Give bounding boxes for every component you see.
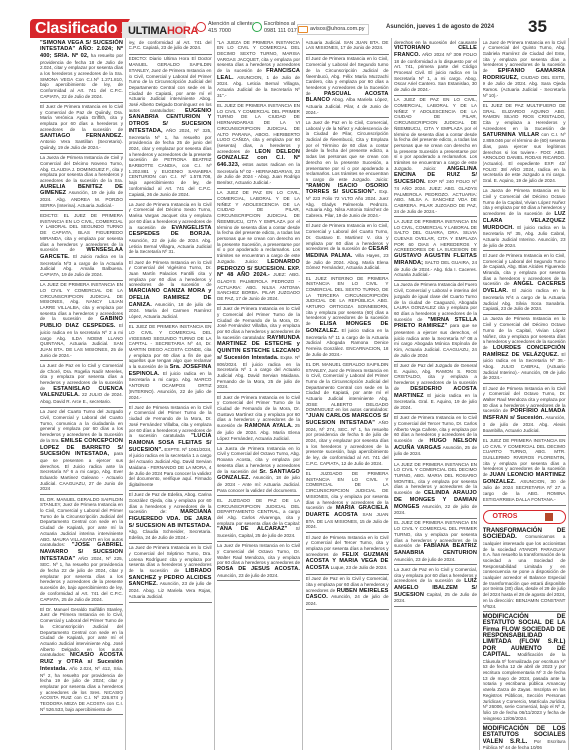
notice-text: El Dr. Manuel Geraldo Saifildin Stanley,… — [40, 607, 123, 658]
legal-notice: La Juez de Primera Instancia en lo Civil… — [129, 544, 212, 603]
legal-notice: La Juez de Primera Instancia en lo Civil… — [129, 200, 212, 258]
notice-text: EL JUEZ DE PRIMERA INSTANCIA EN LO CIVIL… — [217, 103, 300, 154]
notice-text: LA JUEZ DE PAZ EN LO CIVIL, COMERCIAL, L… — [217, 190, 300, 263]
corporate-notice: TRANSFORMACIÓN DE SOCIEDAD. Comunicamos … — [483, 527, 566, 613]
notice-text: EL JUEZ INTERINO DE PRIMERA INSTANCIA EN… — [306, 276, 389, 327]
notice-column: Actuaria Judicial. SAN JUAN BTA. DE LAS … — [306, 38, 392, 750]
section-icon — [545, 513, 553, 521]
legal-notice: derechos en la sucesión del causante VIC… — [394, 38, 477, 96]
notice-subject-name: ROSA DE JESUS ACOSTA. — [217, 566, 300, 572]
legal-notice: LA JUEZ DE PAZ EN LO CIVIL, COMERCIAL, L… — [394, 96, 477, 218]
legal-notice: "SIMONA VEGA S/ SUCESIÓN INTESTADA" AÑO:… — [40, 38, 123, 103]
legal-notice: Actuaria Judicial. SAN JUAN BTA. DE LAS … — [306, 38, 389, 55]
notice-text: AÑO 2024, Nº 325, Secretaría Nº 1, ha re… — [129, 128, 212, 197]
section-label: OTROS — [493, 513, 518, 520]
corporate-notice: MODIFICACIÓN DE LOS ESTATUTOS SOCIALES V… — [483, 724, 566, 750]
contact-email: avisos@uhora.com.py — [297, 24, 369, 35]
issue-date: Asunción, jueves 1 de agosto de 2024 — [386, 24, 494, 30]
otros-section-header: OTROS — [483, 510, 566, 524]
legal-notice: La Juez de Primera Instancia en lo Civil… — [483, 38, 566, 102]
notice-text: EL DR. MANUEL GERALDO SAIFILDIN STANLEY,… — [306, 362, 389, 413]
envelope-icon — [298, 26, 308, 33]
legal-notice: EL JUEZ DE PRIMERA INSTANCIA EN LO CIVIL… — [217, 102, 300, 189]
newspaper-logo: ULTIMAHORA — [128, 24, 198, 38]
notice-subject-name: SANTIAGO FERNANDEZ. — [40, 133, 123, 139]
notice-text: para que se presenten a ejercer sus dere… — [40, 451, 123, 491]
notice-column: "LA JUEZA DE PRIMERA INSTANCIA EN LO CIV… — [217, 38, 303, 750]
page-header: Clasificados ULTIMAHORA Atención al clie… — [0, 0, 580, 38]
legal-notice: El Juez de Paz de Edelira, Abog. Carina … — [129, 491, 212, 544]
legal-notice: EDICTO: Diario Ultima Hora El Doctor MAN… — [129, 55, 212, 200]
notice-text: AÑO 2024 Nº 309 FOLIO 18 de conformidad … — [394, 52, 477, 92]
legal-notice: ley, de conformidad al Art. 741 del C.P.… — [129, 38, 212, 55]
legal-notice: EL JUEZ INTERINO DE PRIMERA INSTANCIA EN… — [306, 274, 389, 360]
notice-text: Abg. Claudia Schneider, Secretaria. Edel… — [129, 529, 212, 540]
notice-text: Asunción, 23 de julio de 2024. — [217, 573, 279, 578]
legal-notice: La Jueza de Primera Instancia en lo Civi… — [483, 315, 566, 384]
notice-text: ha resuelto por providencia de fecha 18 … — [40, 53, 123, 99]
legal-notice: EL JUZGADO DE PAZ DE LA CIRCUNSCRIPCION … — [217, 496, 300, 541]
notice-column: La Juez de Primera Instancia en lo Civil… — [483, 38, 569, 750]
notice-subject-name: RAMONA AYALA. — [245, 423, 293, 429]
legal-notice: El Juez de Primera Instancia en lo Civil… — [306, 55, 389, 119]
legal-notice: LA JUEZ DE PRIMERA INSTANCIA EN LO CIVIL… — [40, 281, 123, 362]
legal-notice: La Jueza de Primera Instancia en lo Civi… — [217, 444, 300, 496]
legal-notice: El Juez de Paz en lo Civil y Comercial, … — [306, 575, 389, 610]
legal-notice: El Juez de Primera Instancia en lo Civil… — [306, 533, 389, 575]
legal-notice: El Juez de Primera Instancia en lo Civil… — [217, 393, 300, 444]
notice-column: "SIMONA VEGA S/ SUCESIÓN INTESTADA" AÑO:… — [40, 38, 126, 750]
legal-notice: El Juez de Primera Instancia en lo Civil… — [40, 103, 123, 154]
notice-text: ley, de conformidad al Art. 741 del C.P.… — [129, 40, 212, 51]
legal-notice: EL JUEZ DE PRIMERA INSTANCIA EN LO CIVIL… — [483, 436, 566, 505]
notice-subject-name: "JUAN CARLOS MARECOS S/ SUCESION INTESTA… — [306, 413, 389, 426]
legal-notice: El Dr. Manuel Geraldo Saifildin Stanley,… — [40, 605, 123, 715]
legal-notice: El Juez de Primera Instancia en lo Civil… — [483, 384, 566, 436]
notice-text: Asunción, 23 de julio de 2024. — [394, 557, 456, 562]
legal-notice: El Juez de Paz del Juzgado de General E.… — [394, 362, 477, 414]
notice-text: La Jueza de Primera Instancia de Civil y… — [40, 155, 123, 183]
legal-notice: LA JUEZ DE PRIMERA INSTANCIA EN LO CIVIL… — [394, 217, 477, 281]
legal-notice: EL JUEZ DE PRIMERA INSTANCIA EN LO CIVIL… — [129, 323, 212, 404]
legal-notice: EDICTO: EL JUEZ DE PRIMERA INSTANCIA EN … — [40, 211, 123, 280]
section-title: Clasificados — [30, 19, 122, 38]
notice-column: derechos en la sucesión del causante VIC… — [394, 38, 480, 750]
notice-text: El Juez de Primera Instancia en lo Civil… — [129, 260, 212, 288]
legal-notice: La Jueza de Primera Instancia de Civil y… — [40, 154, 123, 212]
notice-text: con C.I. Nº 2.859.046 por el término de … — [483, 132, 566, 184]
legal-notice: El Juez de Primera Instancia en lo Civil… — [483, 251, 566, 315]
notice-text: Comunicamos a cualquier interesado que l… — [483, 534, 566, 608]
notice-text: La Juez de Primera Instancia en lo Civil… — [217, 543, 300, 565]
phone-icon — [196, 22, 206, 32]
notice-subject-name: "ANA DE ALCARAZ" — [217, 526, 287, 532]
legal-notice: EL JUZGADO DE PRIMERA INSTANCIA EN LO CI… — [306, 470, 389, 534]
notice-text: derechos en la sucesión del causante — [394, 40, 477, 45]
legal-notice: La Juez de Paz en lo Civil, Comercial, L… — [306, 118, 389, 221]
notice-text: AÑO 2024, Nº 274, SEC. Nº 1, ha resuelto… — [306, 420, 389, 466]
notice-text: Asunción, 22 de julio de 2024. Abg. Leti… — [129, 238, 212, 254]
legal-notice: La Juez del Cuarto Turno del Juzgado Civ… — [40, 408, 123, 495]
notice-text: EL JUEZ DE PRIMERA INSTANCIA EN LO CIVIL… — [129, 324, 212, 369]
corporate-notice: MODIFICACIÓN DE ESTATUTO SOCIAL DE LA Fi… — [483, 612, 566, 724]
notice-text: EDICTO: Diario Ultima Hora El Doctor MAN… — [129, 56, 212, 112]
notice-text: EL DR. MANUEL GERALDO SAIFILDIN STANLEY,… — [40, 497, 123, 548]
notice-subject-name: SATURNINA VILLAR — [483, 132, 540, 138]
legal-notice: LA JUEZ DE PRIMERA INSTANCIA EN LO CIVIL… — [394, 460, 477, 519]
notice-text: Antonio Vera Santillan (Secretario). Qui… — [40, 139, 123, 150]
notice-text: La Juez de Paz en lo Civil, Comercial, L… — [306, 120, 389, 182]
notice-text: Año 2.024, Nº 412, Sria. Nº 2, ha resuel… — [40, 666, 123, 712]
notice-text: LA JUEZ DE PRIMERA INSTANCIA EN LO CIVIL… — [394, 219, 477, 253]
notice-text: AÑO 2024, Nº 225, SEC. Nº 1, ha resuelto… — [40, 556, 123, 602]
legal-notice: La Jueza de Primera Instancia del Fuero … — [394, 281, 477, 362]
notice-subject-name: "RAMON ISACIO OSORIO TORRES S/ SUCESION"… — [306, 183, 389, 196]
contact-phone: Atención al cliente: 415 7000 — [196, 21, 254, 35]
legal-notice: El Juez de Primera Instancia en lo Civil… — [306, 222, 389, 274]
legal-notice: El Juez de Primera Instancia en lo Civil… — [129, 258, 212, 323]
notice-text: EL JUEZ DE PAZ MULTIFUERO DE GRAL. ELIZA… — [483, 103, 566, 131]
legal-notice: El Juez de Primera Instancia en lo Civil… — [129, 403, 212, 490]
notice-text: EXPTE. Nº 1061/2024, el juicio radica en… — [129, 447, 212, 487]
legal-notice: LA JUEZ DE PAZ EN LO CIVIL, COMERCIAL, L… — [217, 189, 300, 305]
notice-columns: "SIMONA VEGA S/ SUCESIÓN INTESTADA" AÑO:… — [40, 38, 568, 750]
legal-notice: EL JUEZ DE PRIMERA INSTANCIA EN LO CIVIL… — [394, 519, 477, 565]
notice-text: Modificación de la Cláusula 5º formaliza… — [483, 652, 566, 720]
legal-notice: La Jueza de Primera Instancia en lo Civi… — [483, 187, 566, 252]
notice-text: Luque, 23 de Julio de 2024. — [331, 565, 388, 570]
legal-notice: El Juez de Primera Instancia en lo Civil… — [217, 305, 300, 393]
notice-text: LA JUEZ DE PAZ EN LO CIVIL, COMERCIAL, L… — [394, 97, 477, 170]
notice-subject-name: LOURDES CONCEPCIÓN RAMÍREZ DE VELÁZQUEZ. — [483, 345, 566, 358]
notice-text: EL JUZGADO DE PAZ DE LA CIRCUNSCRIPCION … — [217, 498, 300, 526]
legal-notice: "LA JUEZA DE PRIMERA INSTANCIA EN LO CIV… — [217, 38, 300, 102]
notice-text: Actuaria Judicial. SAN JUAN BTA. DE LAS … — [306, 40, 389, 51]
contact-whatsapp: Escribinos al 0981 111 017 — [252, 21, 297, 35]
legal-notice: EL JUEZ DE PAZ MULTIFUERO DE GRAL. ELIZA… — [483, 102, 566, 187]
legal-notice: La Juez de Primera Instancia en lo Civil… — [217, 542, 300, 582]
legal-notice: La Juez de Paz en lo Civil y Comercial d… — [40, 361, 123, 407]
legal-notice: La Juez de Paz en lo Civil y Comercial, … — [394, 565, 477, 607]
legal-notice: El Juez de Primera Instancia en lo Civil… — [394, 414, 477, 460]
page-number: 35 — [528, 17, 547, 37]
legal-notice: EL DR. MANUEL GERALDO SAIFILDIN STANLEY,… — [40, 495, 123, 605]
legal-notice: EL DR. MANUEL GERALDO SAIFILDIN STANLEY,… — [306, 360, 389, 469]
whatsapp-icon — [252, 22, 262, 32]
notice-column: ley, de conformidad al Art. 741 del C.P.… — [129, 38, 215, 750]
notice-text: El Juez de Primera Instancia en lo Civil… — [40, 104, 123, 132]
